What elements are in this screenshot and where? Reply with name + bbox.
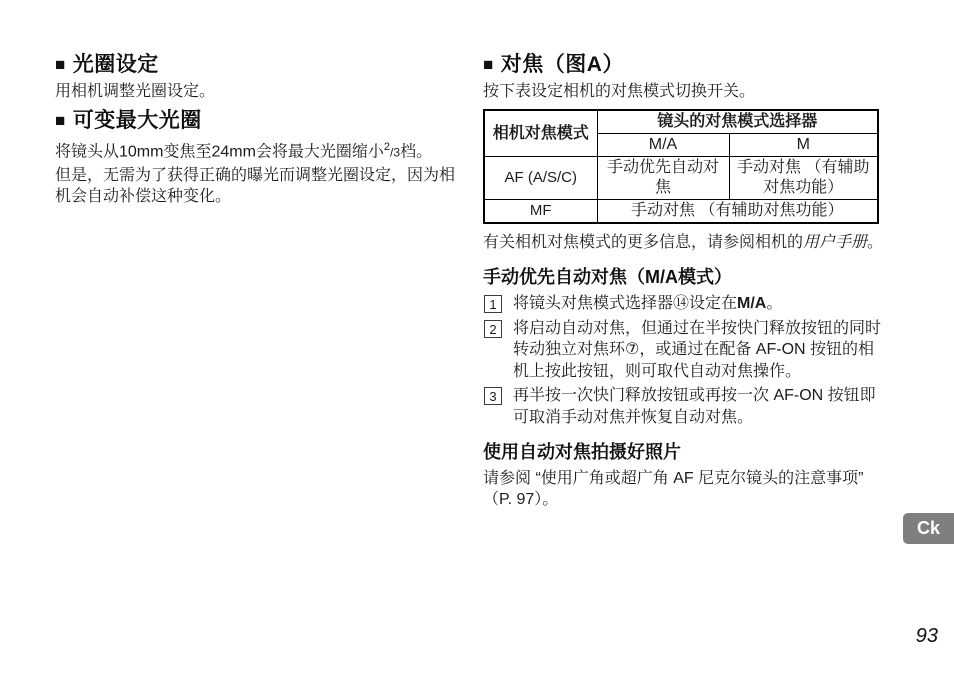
table-cell-af-mode: AF (A/S/C) [484,157,597,200]
paragraph: 但是，无需为了获得正确的曝光而调整光圈设定，因为相机会自动补偿这种变化。 [55,165,467,207]
table-cell-af-m: 手动对焦 （有辅助对焦功能） [729,157,878,200]
manual-page: ■光圈设定 用相机调整光圈设定。 ■可变最大光圈 将镜头从10mm变焦至24mm… [0,0,954,677]
note-paragraph: 有关相机对焦模式的更多信息，请参阅相机的用户手册。 [483,232,888,253]
subsection-heading-ma-mode: 手动优先自动对焦（M/A模式） [483,263,888,289]
section-title: 对焦（图A） [501,53,624,76]
section-title: 可变最大光圈 [73,109,202,132]
step-item: 1 将镜头对焦模式选择器⑭设定在M/A。 [483,293,888,315]
paragraph: 用相机调整光圈设定。 [55,81,467,102]
paragraph: 按下表设定相机的对焦模式切换开关。 [483,81,888,102]
step-number-box: 2 [484,320,502,338]
square-bullet-icon: ■ [483,55,494,74]
table-header-camera-mode: 相机对焦模式 [484,110,597,157]
step-text: 将启动自动对焦，但通过在半按快门释放按钮的同时转动独立对焦环⑦，或通过在配备 A… [513,318,888,383]
step-number-box: 1 [484,295,502,313]
section-heading-focus: ■对焦（图A） [483,48,888,78]
table-cell-mf-span: 手动对焦 （有辅助对焦功能） [597,200,878,224]
section-heading-aperture: ■光圈设定 [55,48,467,78]
subsection-heading-af-tips: 使用自动对焦拍摄好照片 [483,438,888,464]
table-cell-mf-mode: MF [484,200,597,224]
step-item: 2 将启动自动对焦，但通过在半按快门释放按钮的同时转动独立对焦环⑦，或通过在配备… [483,318,888,383]
right-column: ■对焦（图A） 按下表设定相机的对焦模式切换开关。 相机对焦模式 镜头的对焦模式… [483,48,888,512]
square-bullet-icon: ■ [55,55,66,74]
table-header-lens-selector: 镜头的对焦模式选择器 [597,110,878,134]
page-number: 93 [916,625,938,648]
left-column: ■光圈设定 用相机调整光圈设定。 ■可变最大光圈 将镜头从10mm变焦至24mm… [55,48,467,209]
paragraph: 请参阅 “使用广角或超广角 AF 尼克尔镜头的注意事项” （P. 97）。 [483,468,888,510]
table-cell-af-ma: 手动优先自动对焦 [597,157,729,200]
table-header-row: 相机对焦模式 镜头的对焦模式选择器 [484,110,878,134]
table-subheader-m: M [729,134,878,157]
step-text: 将镜头对焦模式选择器⑭设定在M/A。 [513,293,782,315]
section-heading-variable-aperture: ■可变最大光圈 [55,104,467,134]
step-item: 3 再半按一次快门释放按钮或再按一次 AF-ON 按钮即可取消手动对焦并恢复自动… [483,385,888,428]
language-tab-ck: Ck [903,513,954,544]
table-row-af: AF (A/S/C) 手动优先自动对焦 手动对焦 （有辅助对焦功能） [484,157,878,200]
table-subheader-ma: M/A [597,134,729,157]
paragraph: 将镜头从10mm变焦至24mm会将最大光圈缩小2/3档。 [55,137,467,163]
focus-mode-table: 相机对焦模式 镜头的对焦模式选择器 M/A M AF (A/S/C) 手动优先自… [483,109,879,224]
step-text: 再半按一次快门释放按钮或再按一次 AF-ON 按钮即可取消手动对焦并恢复自动对焦… [513,385,888,428]
square-bullet-icon: ■ [55,111,66,130]
section-title: 光圈设定 [73,53,159,76]
step-number-box: 3 [484,387,502,405]
table-row-mf: MF 手动对焦 （有辅助对焦功能） [484,200,878,224]
